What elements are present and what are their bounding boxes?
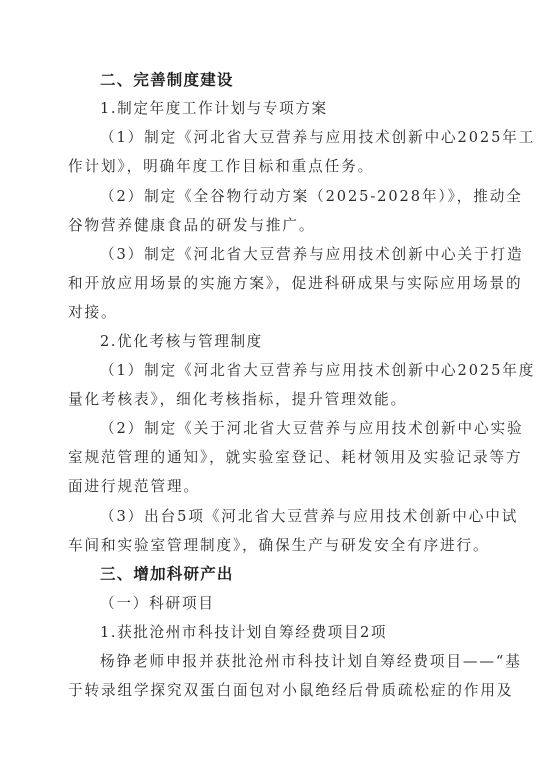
paragraph-line: 室规范管理的通知》，就实验室登记、耗材领用及实验记录等方 — [68, 448, 472, 468]
paragraph-line: 作计划》，明确年度工作目标和重点任务。 — [68, 157, 472, 177]
subsection-heading-2-2: 2.优化考核与管理制度 — [100, 332, 504, 352]
subsection-heading-2-1: 1.制定年度工作计划与专项方案 — [100, 99, 504, 119]
paragraph-line: 于转录组学探究双蛋白面包对小鼠绝经后骨质疏松症的作用及 — [68, 681, 472, 701]
paragraph-line: 谷物营养健康食品的研发与推广。 — [68, 216, 472, 236]
paragraph-line: （1）制定《河北省大豆营养与应用技术创新中心2025年度 — [100, 361, 504, 381]
paragraph-line: 和开放应用场景的实施方案》，促进科研成果与实际应用场景的 — [68, 274, 472, 294]
paragraph-line: 车间和实验室管理制度》，确保生产与研发安全有序进行。 — [68, 536, 472, 556]
paragraph-line: （3）出台5项《河北省大豆营养与应用技术创新中心中试 — [100, 507, 504, 527]
document-page: 二、完善制度建设 1.制定年度工作计划与专项方案 （1）制定《河北省大豆营养与应… — [0, 0, 542, 768]
paragraph-line: 杨铮老师申报并获批沧州市科技计划自筹经费项目——“基 — [100, 652, 504, 672]
paragraph-line: 面进行规范管理。 — [68, 477, 472, 497]
paragraph-line: 量化考核表》，细化考核指标，提升管理效能。 — [68, 390, 472, 410]
paragraph-line: （2）制定《全谷物行动方案（2025-2028年）》，推动全 — [100, 187, 504, 207]
paragraph-line: （1）制定《河北省大豆营养与应用技术创新中心2025年工 — [100, 128, 504, 148]
paragraph-line: （3）制定《河北省大豆营养与应用技术创新中心关于打造 — [100, 245, 504, 265]
section-heading-3: 三、增加科研产出 — [100, 564, 504, 584]
paragraph-line: 对接。 — [68, 303, 472, 323]
subsection-heading-3-1: （一）科研项目 — [100, 594, 504, 614]
section-heading-2: 二、完善制度建设 — [100, 70, 504, 90]
item-heading-3-1-1: 1.获批沧州市科技计划自筹经费项目2项 — [100, 623, 504, 643]
paragraph-line: （2）制定《关于河北省大豆营养与应用技术创新中心实验 — [100, 419, 504, 439]
